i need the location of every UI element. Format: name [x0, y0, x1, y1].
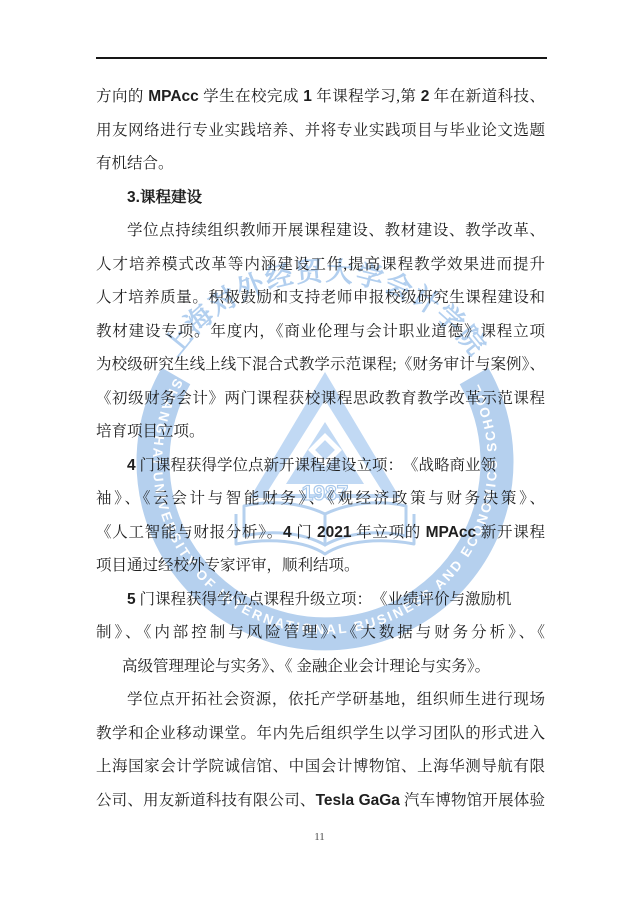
text-line: 4 门课程获得学位点新开课程建设立项： 《战略商业领: [96, 449, 545, 483]
text-line: 培育项目立项。: [96, 415, 545, 449]
page-number: 11: [0, 831, 639, 843]
document-body: 方向的 MPAcc 学生在校完成 1 年课程学习,第 2 年在新道科技、 用友网…: [96, 80, 545, 817]
text-line: 制》、《内部控制与风险管理》、《大数据与财务分析》、《: [96, 616, 545, 650]
text-line: 方向的 MPAcc 学生在校完成 1 年课程学习,第 2 年在新道科技、: [96, 80, 545, 114]
text-line: 教学和企业移动课堂。年内先后组织学生以学习团队的形式进入: [96, 717, 545, 751]
text-line: 5 门课程获得学位点课程升级立项： 《业绩评价与激励机: [96, 583, 545, 617]
text-line: 公司、用友新道科技有限公司、Tesla GaGa 汽车博物馆开展体验: [96, 784, 545, 818]
text-line: 有机结合。: [96, 147, 545, 181]
text-line: 上海国家会计学院诚信馆、中国会计博物馆、上海华测导航有限: [96, 750, 545, 784]
text-line: 袖》、《云会计与智能财务》、《观经济政策与财务决策》、: [96, 482, 545, 516]
text-line: 项目通过经校外专家评审，顺利结项。: [96, 549, 545, 583]
document-page: SHANGHAI UNIVERSITY OF INTERNATIONAL BUS…: [0, 0, 639, 905]
text-line: 学位点持续组织教师开展课程建设、教材建设、教学改革、: [96, 214, 545, 248]
section-heading: 3.课程建设: [96, 181, 545, 215]
text-line: 用友网络进行专业实践培养、并将专业实践项目与毕业论文选题: [96, 114, 545, 148]
text-line: 教材建设专项。年度内，《商业伦理与会计职业道德》课程立项: [96, 315, 545, 349]
text-line: 高级管理理论与实务》、《 金融企业会计理论与实务》。: [96, 650, 545, 684]
text-line: 为校级研究生线上线下混合式教学示范课程;《财务审计与案例》、: [96, 348, 545, 382]
text-line: 《初级财务会计》两门课程获校课程思政教育教学改革示范课程: [96, 382, 545, 416]
text-line: 《人工智能与财报分析》。4 门 2021 年立项的 MPAcc 新开课程: [96, 516, 545, 550]
text-line: 人才培养质量。积极鼓励和支持老师申报校级研究生课程建设和: [96, 281, 545, 315]
text-line: 人才培养模式改革等内涵建设工作,提高课程教学效果进而提升: [96, 248, 545, 282]
text-line: 学位点开拓社会资源，依托产学研基地，组织师生进行现场: [96, 683, 545, 717]
header-rule: [96, 57, 547, 59]
